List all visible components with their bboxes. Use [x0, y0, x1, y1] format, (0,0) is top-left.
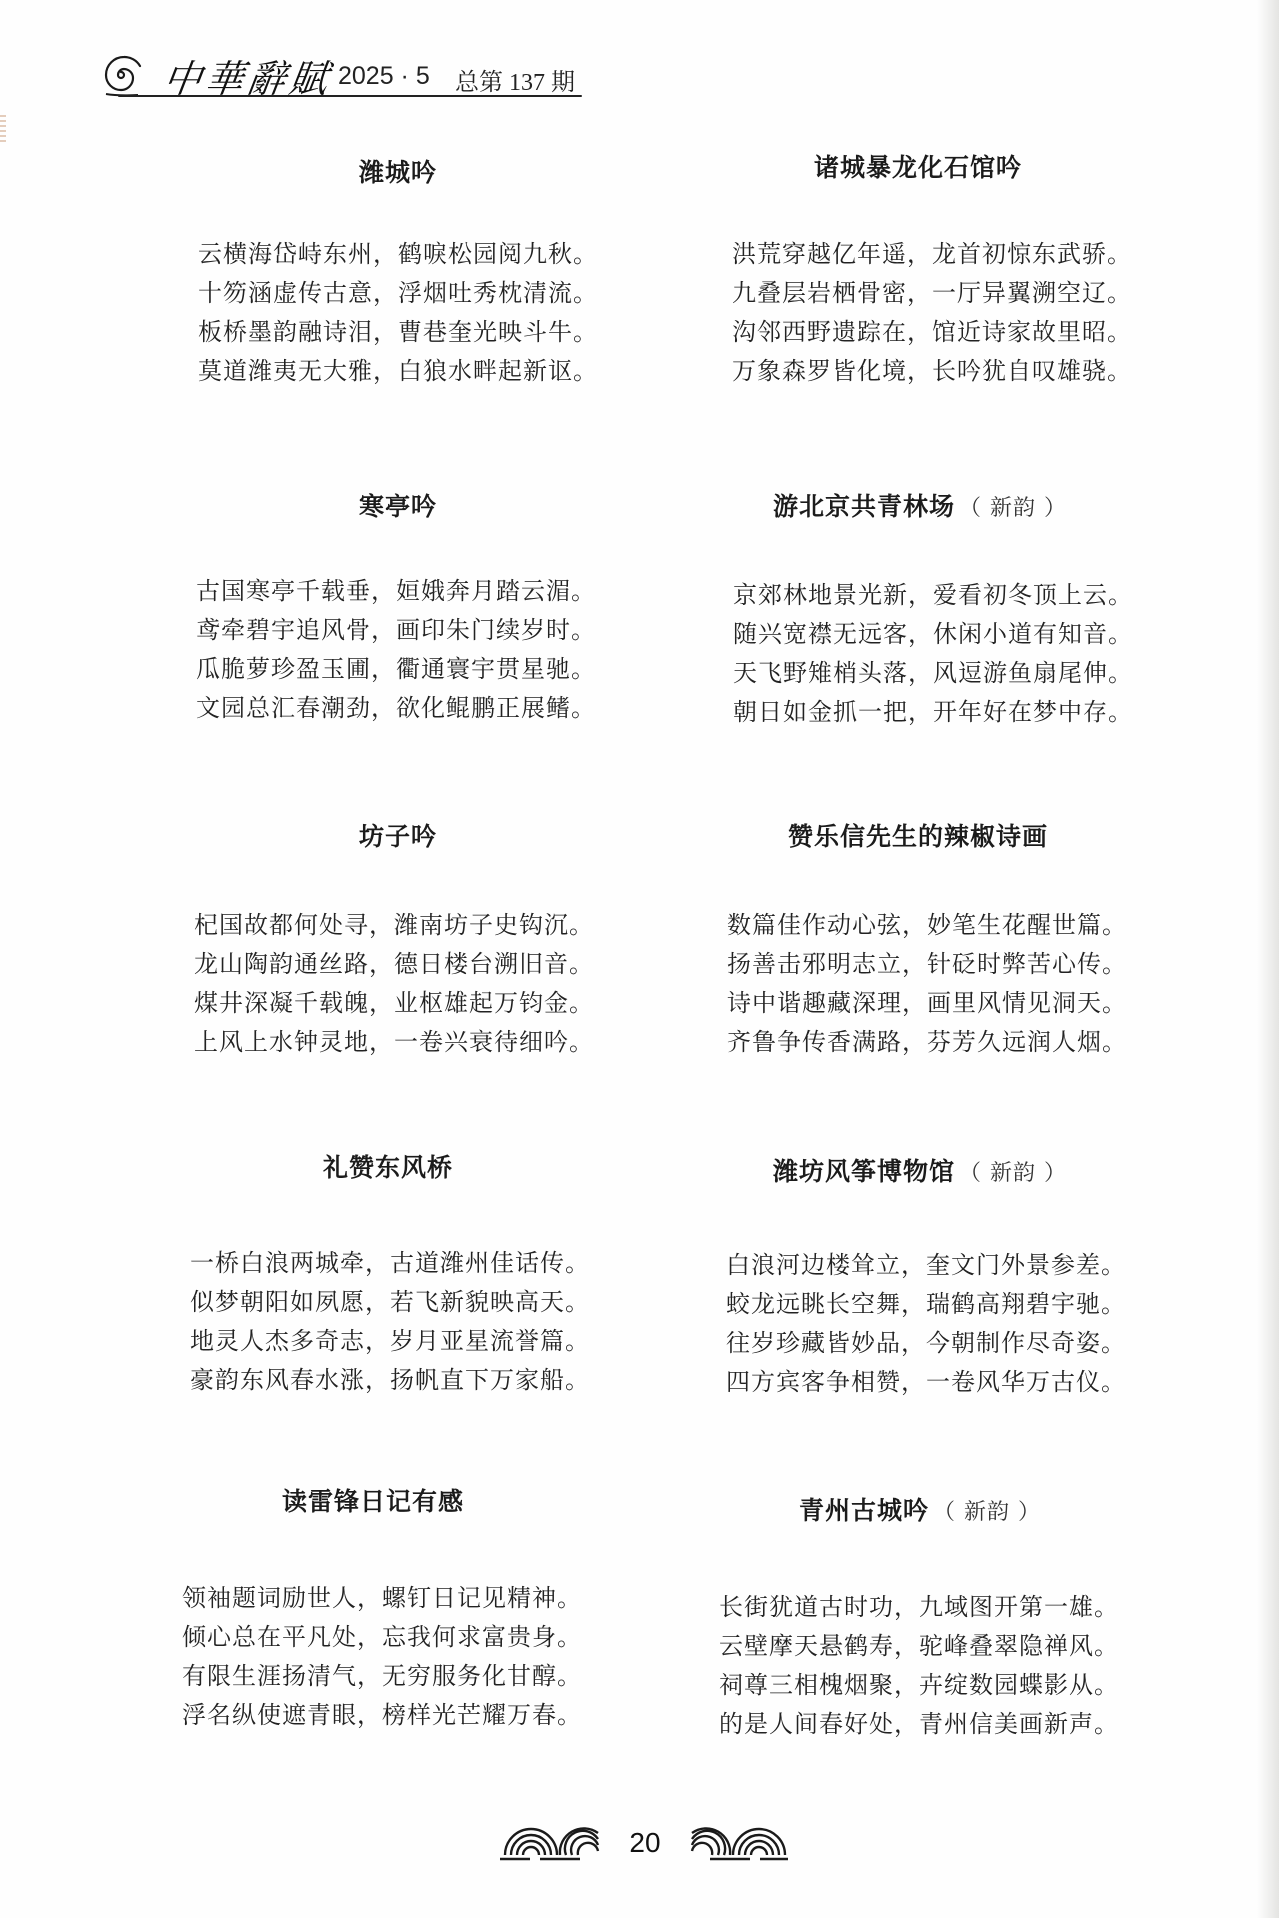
poem-line: 朝日如金抓一把，开年好在梦中存。 — [733, 693, 1140, 732]
poem-line: 一桥白浪两城牵，古道潍州佳话传。 — [190, 1244, 610, 1283]
running-header: 中華辭賦 2025 · 5 总第 137 期 — [98, 38, 582, 100]
issue-date: 2025 · 5 — [338, 62, 430, 91]
poem-title: 寒亭吟 — [180, 490, 620, 524]
poem-line: 杞国故都何处寻，潍南坊子史钩沉。 — [194, 906, 620, 945]
poem-line: 随兴宽襟无远客，休闲小道有知音。 — [733, 615, 1140, 654]
poem-line: 上风上水钟灵地，一卷兴衰待细吟。 — [194, 1023, 620, 1062]
wave-ornament-icon — [500, 1823, 600, 1863]
poem-title-text: 坊子吟 — [359, 822, 437, 851]
poem-title-text: 赞乐信先生的辣椒诗画 — [788, 822, 1048, 851]
page-edge-shadow — [1257, 0, 1279, 1918]
poem-title: 读雷锋日记有感 — [155, 1485, 595, 1519]
poem-weicheng: 潍城吟 云横海岱峙东州，鹤唳松园阅九秋。 十笏涵虚传古意，浮烟吐秀枕清流。 板桥… — [180, 156, 620, 391]
poem-line: 豪韵东风春水涨，扬帆直下万家船。 — [190, 1361, 610, 1400]
poem-line: 云横海岱峙东州，鹤唳松园阅九秋。 — [198, 235, 620, 274]
poem-line: 古国寒亭千载垂，姮娥奔月踏云湄。 — [196, 572, 620, 611]
poem-line: 文园总汇春潮劲，欲化鲲鹏正展鳍。 — [196, 689, 620, 728]
poem-line: 有限生涯扬清气，无穷服务化甘醇。 — [182, 1657, 595, 1696]
poem-zhucheng-dinosaur: 诸城暴龙化石馆吟 洪荒穿越亿年遥，龙首初惊东武骄。 九叠层岩栖骨密，一厅异翼溯空… — [700, 151, 1140, 391]
poem-title-note: （ 新韵 ） — [959, 1161, 1067, 1186]
poem-line: 洪荒穿越亿年遥，龙首初惊东武骄。 — [732, 235, 1140, 274]
poem-title: 青州古城吟（ 新韵 ） — [700, 1494, 1140, 1528]
poem-line: 扬善击邪明志立，针砭时弊苦心传。 — [727, 945, 1140, 984]
poem-line: 莫道潍夷无大雅，白狼水畔起新讴。 — [198, 352, 620, 391]
scan-artifact — [0, 115, 6, 145]
poem-title: 潍坊风筝博物馆（ 新韵 ） — [700, 1155, 1140, 1189]
poem-kite-museum: 潍坊风筝博物馆（ 新韵 ） 白浪河边楼耸立，奎文门外景参差。 蛟龙远眺长空舞，瑞… — [700, 1155, 1140, 1402]
poem-title: 赞乐信先生的辣椒诗画 — [700, 820, 1140, 854]
poem-line: 京郊林地景光新，爱看初冬顶上云。 — [733, 576, 1140, 615]
poem-line: 鸢牵碧宇追风骨，画印朱门续岁时。 — [196, 611, 620, 650]
poem-line: 倾心总在平凡处，忘我何求富贵身。 — [182, 1618, 595, 1657]
poem-title-note: （ 新韵 ） — [959, 496, 1067, 521]
poem-line: 领袖题词励世人，螺钉日记见精神。 — [182, 1579, 595, 1618]
poem-line: 浮名纵使遮青眼，榜样光芒耀万春。 — [182, 1696, 595, 1735]
poem-line: 板桥墨韵融诗泪，曹巷奎光映斗牛。 — [198, 313, 620, 352]
poem-line: 沟邻西野遗踪在，馆近诗家故里昭。 — [732, 313, 1140, 352]
poem-line: 齐鲁争传香满路，芬芳久远润人烟。 — [727, 1023, 1140, 1062]
page-footer: 20 — [500, 1815, 790, 1865]
poem-line: 云壁摩天悬鹤寿，驼峰叠翠隐禅风。 — [719, 1627, 1140, 1666]
poem-title: 坊子吟 — [180, 820, 620, 854]
poem-title-text: 青州古城吟 — [799, 1496, 929, 1525]
poem-line: 数篇佳作动心弦，妙笔生花醒世篇。 — [727, 906, 1140, 945]
poem-title-text: 寒亭吟 — [359, 492, 437, 521]
poem-line: 四方宾客争相赞，一卷风华万古仪。 — [726, 1363, 1140, 1402]
poem-line: 瓜脆萝珍盈玉圃，衢通寰宇贯星驰。 — [196, 650, 620, 689]
poem-line: 万象森罗皆化境，长吟犹自叹雄骁。 — [732, 352, 1140, 391]
poem-line: 龙山陶韵通丝路，德日楼台溯旧音。 — [194, 945, 620, 984]
poem-line: 煤井深凝千载魄，业枢雄起万钧金。 — [194, 984, 620, 1023]
poem-line: 长街犹道古时功，九域图开第一雄。 — [719, 1588, 1140, 1627]
poem-hanting: 寒亭吟 古国寒亭千载垂，姮娥奔月踏云湄。 鸢牵碧宇追风骨，画印朱门续岁时。 瓜脆… — [180, 490, 620, 728]
poem-title: 潍城吟 — [180, 156, 620, 190]
wave-ornament-icon — [690, 1823, 790, 1863]
page-number: 20 — [625, 1827, 665, 1859]
poem-title: 诸城暴龙化石馆吟 — [700, 151, 1140, 185]
poem-fangzi: 坊子吟 杞国故都何处寻，潍南坊子史钩沉。 龙山陶韵通丝路，德日楼台溯旧音。 煤井… — [180, 820, 620, 1062]
poem-dongfeng-bridge: 礼赞东风桥 一桥白浪两城牵，古道潍州佳话传。 似梦朝阳如夙愿，若飞新貌映高天。 … — [170, 1151, 610, 1400]
poem-line: 往岁珍藏皆妙品，今朝制作尽奇姿。 — [726, 1324, 1140, 1363]
poem-line: 似梦朝阳如夙愿，若飞新貌映高天。 — [190, 1283, 610, 1322]
cloud-spiral-icon — [98, 52, 144, 98]
poem-title: 礼赞东风桥 — [170, 1151, 610, 1185]
poem-qingzhou-old-city: 青州古城吟（ 新韵 ） 长街犹道古时功，九域图开第一雄。 云壁摩天悬鹤寿，驼峰叠… — [700, 1494, 1140, 1744]
poem-title-text: 游北京共青林场 — [773, 492, 955, 521]
poem-title-note: （ 新韵 ） — [933, 1500, 1041, 1525]
poem-line: 的是人间春好处，青州信美画新声。 — [719, 1705, 1140, 1744]
poem-line: 十笏涵虚传古意，浮烟吐秀枕清流。 — [198, 274, 620, 313]
poem-title-text: 潍坊风筝博物馆 — [773, 1157, 955, 1186]
poem-line: 诗中谐趣藏深理，画里风情见洞天。 — [727, 984, 1140, 1023]
issue-total-number: 总第 137 期 — [455, 62, 575, 97]
poem-title-text: 读雷锋日记有感 — [282, 1487, 464, 1516]
poem-title-text: 潍城吟 — [359, 158, 437, 187]
poem-line: 天飞野雉梢头落，风逗游鱼扇尾伸。 — [733, 654, 1140, 693]
poem-title-text: 礼赞东风桥 — [323, 1153, 453, 1182]
poem-title: 游北京共青林场（ 新韵 ） — [700, 490, 1140, 524]
poem-title-text: 诸城暴龙化石馆吟 — [814, 153, 1022, 182]
poem-line: 九叠层岩栖骨密，一厅异翼溯空辽。 — [732, 274, 1140, 313]
poem-lei-feng-diary: 读雷锋日记有感 领袖题词励世人，螺钉日记见精神。 倾心总在平凡处，忘我何求富贵身… — [155, 1485, 595, 1735]
poem-line: 地灵人杰多奇志，岁月亚星流誉篇。 — [190, 1322, 610, 1361]
header-rule — [118, 95, 582, 97]
poem-line: 蛟龙远眺长空舞，瑞鹤高翔碧宇驰。 — [726, 1285, 1140, 1324]
poem-line: 白浪河边楼耸立，奎文门外景参差。 — [726, 1246, 1140, 1285]
poem-pepper-painting: 赞乐信先生的辣椒诗画 数篇佳作动心弦，妙笔生花醒世篇。 扬善击邪明志立，针砭时弊… — [700, 820, 1140, 1062]
poem-line: 祠尊三相槐烟聚，卉绽数园蝶影从。 — [719, 1666, 1140, 1705]
poem-beijing-forest: 游北京共青林场（ 新韵 ） 京郊林地景光新，爱看初冬顶上云。 随兴宽襟无远客，休… — [700, 490, 1140, 732]
